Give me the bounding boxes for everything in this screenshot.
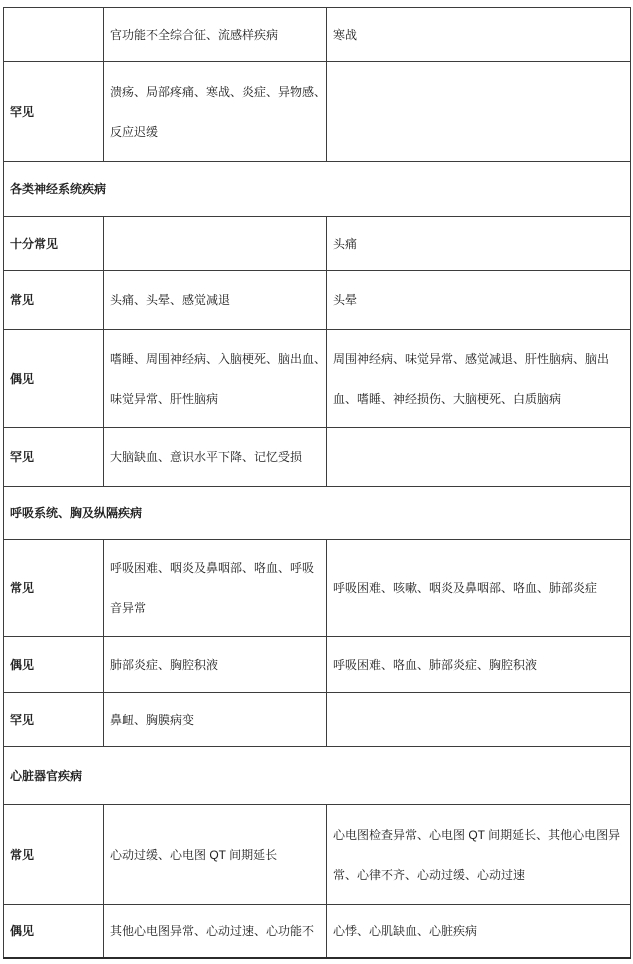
- reactions-cell-col2: 官功能不全综合征、流感样疾病: [104, 8, 327, 62]
- cell-text-line: 头晕: [333, 280, 630, 320]
- table-row: 常见呼吸困难、咽炎及鼻咽部、咯血、呼吸音异常呼吸困难、咳嗽、咽炎及鼻咽部、咯血、…: [4, 540, 631, 637]
- cell-text-line: 肺部炎症、胸腔积液: [110, 645, 326, 685]
- table-row: 偶见嗜睡、周围神经病、入脑梗死、脑出血、味觉异常、肝性脑病周围神经病、味觉异常、…: [4, 330, 631, 428]
- frequency-cell: 偶见: [4, 637, 104, 693]
- section-header-cell: 各类神经系统疾病: [4, 162, 631, 217]
- table-row: 偶见肺部炎症、胸腔积液呼吸困难、咯血、肺部炎症、胸腔积液: [4, 637, 631, 693]
- reactions-cell-col2: 头痛、头晕、感觉减退: [104, 271, 327, 330]
- reactions-cell-col2: 肺部炎症、胸腔积液: [104, 637, 327, 693]
- cell-text-line: 味觉异常、肝性脑病: [110, 379, 326, 419]
- frequency-cell: 常见: [4, 805, 104, 905]
- reactions-cell-col2: 鼻衄、胸膜病变: [104, 693, 327, 747]
- table-row: 常见头痛、头晕、感觉减退头晕: [4, 271, 631, 330]
- cell-text-line: 头痛、头晕、感觉减退: [110, 280, 326, 320]
- reactions-cell-col2: [104, 217, 327, 271]
- frequency-cell: 偶见: [4, 905, 104, 958]
- cell-text-line: 心悸、心肌缺血、心脏疾病: [333, 911, 630, 951]
- frequency-cell: 罕见: [4, 428, 104, 487]
- section-row: 各类神经系统疾病: [4, 162, 631, 217]
- cell-text-line: 血、嗜睡、神经损伤、大脑梗死、白质脑病: [333, 379, 630, 419]
- table-row: 罕见溃疡、局部疼痛、寒战、炎症、异物感、反应迟缓: [4, 62, 631, 162]
- cell-text-line: 头痛: [333, 224, 630, 264]
- cell-text-line: 呼吸困难、咳嗽、咽炎及鼻咽部、咯血、肺部炎症: [333, 568, 630, 608]
- section-row: 心脏器官疾病: [4, 747, 631, 805]
- table-body: 官功能不全综合征、流感样疾病寒战罕见溃疡、局部疼痛、寒战、炎症、异物感、反应迟缓…: [4, 8, 631, 958]
- reactions-cell-col3: 寒战: [327, 8, 631, 62]
- frequency-cell: 常见: [4, 271, 104, 330]
- cell-text-line: 反应迟缓: [110, 112, 326, 152]
- cell-text-line: 其他心电图异常、心动过速、心功能不: [110, 911, 326, 951]
- frequency-cell: 十分常见: [4, 217, 104, 271]
- document-page: 官功能不全综合征、流感样疾病寒战罕见溃疡、局部疼痛、寒战、炎症、异物感、反应迟缓…: [0, 0, 633, 964]
- cell-text-line: 呼吸困难、咯血、肺部炎症、胸腔积液: [333, 645, 630, 685]
- reactions-cell-col2: 其他心电图异常、心动过速、心功能不: [104, 905, 327, 958]
- adverse-reactions-table: 官功能不全综合征、流感样疾病寒战罕见溃疡、局部疼痛、寒战、炎症、异物感、反应迟缓…: [3, 7, 631, 959]
- reactions-cell-col3: [327, 428, 631, 487]
- reactions-cell-col2: 溃疡、局部疼痛、寒战、炎症、异物感、反应迟缓: [104, 62, 327, 162]
- reactions-cell-col3: 呼吸困难、咯血、肺部炎症、胸腔积液: [327, 637, 631, 693]
- reactions-cell-col3: [327, 62, 631, 162]
- section-row: 呼吸系统、胸及纵隔疾病: [4, 487, 631, 540]
- cell-text-line: 音异常: [110, 588, 326, 628]
- section-header-cell: 心脏器官疾病: [4, 747, 631, 805]
- reactions-cell-col2: 大脑缺血、意识水平下降、记忆受损: [104, 428, 327, 487]
- cell-text-line: 呼吸困难、咽炎及鼻咽部、咯血、呼吸: [110, 548, 326, 588]
- reactions-cell-col3: 心电图检查异常、心电图 QT 间期延长、其他心电图异常、心律不齐、心动过缓、心动…: [327, 805, 631, 905]
- cell-text-line: 周围神经病、味觉异常、感觉减退、肝性脑病、脑出: [333, 339, 630, 379]
- reactions-cell-col3: 呼吸困难、咳嗽、咽炎及鼻咽部、咯血、肺部炎症: [327, 540, 631, 637]
- reactions-cell-col2: 心动过缓、心电图 QT 间期延长: [104, 805, 327, 905]
- table-row: 常见心动过缓、心电图 QT 间期延长心电图检查异常、心电图 QT 间期延长、其他…: [4, 805, 631, 905]
- table-row: 官功能不全综合征、流感样疾病寒战: [4, 8, 631, 62]
- cell-text-line: 溃疡、局部疼痛、寒战、炎症、异物感、: [110, 72, 326, 112]
- cell-text-line: 心电图检查异常、心电图 QT 间期延长、其他心电图异: [333, 815, 630, 855]
- section-header-cell: 呼吸系统、胸及纵隔疾病: [4, 487, 631, 540]
- cell-text-line: 嗜睡、周围神经病、入脑梗死、脑出血、: [110, 339, 326, 379]
- frequency-cell: 罕见: [4, 693, 104, 747]
- reactions-cell-col3: 头晕: [327, 271, 631, 330]
- frequency-cell: 罕见: [4, 62, 104, 162]
- cell-text-line: 大脑缺血、意识水平下降、记忆受损: [110, 437, 326, 477]
- frequency-cell: 常见: [4, 540, 104, 637]
- cell-text-line: 鼻衄、胸膜病变: [110, 700, 326, 740]
- table-row: 罕见大脑缺血、意识水平下降、记忆受损: [4, 428, 631, 487]
- reactions-cell-col3: 心悸、心肌缺血、心脏疾病: [327, 905, 631, 958]
- frequency-cell: [4, 8, 104, 62]
- table-row: 偶见其他心电图异常、心动过速、心功能不心悸、心肌缺血、心脏疾病: [4, 905, 631, 958]
- reactions-cell-col3: 头痛: [327, 217, 631, 271]
- reactions-cell-col3: 周围神经病、味觉异常、感觉减退、肝性脑病、脑出血、嗜睡、神经损伤、大脑梗死、白质…: [327, 330, 631, 428]
- reactions-cell-col2: 嗜睡、周围神经病、入脑梗死、脑出血、味觉异常、肝性脑病: [104, 330, 327, 428]
- table-row: 十分常见头痛: [4, 217, 631, 271]
- table-row: 罕见鼻衄、胸膜病变: [4, 693, 631, 747]
- cell-text-line: 心动过缓、心电图 QT 间期延长: [110, 835, 326, 875]
- frequency-cell: 偶见: [4, 330, 104, 428]
- reactions-cell-col3: [327, 693, 631, 747]
- cell-text-line: 官功能不全综合征、流感样疾病: [110, 15, 326, 55]
- cell-text-line: 常、心律不齐、心动过缓、心动过速: [333, 855, 630, 895]
- cell-text-line: 寒战: [333, 15, 630, 55]
- reactions-cell-col2: 呼吸困难、咽炎及鼻咽部、咯血、呼吸音异常: [104, 540, 327, 637]
